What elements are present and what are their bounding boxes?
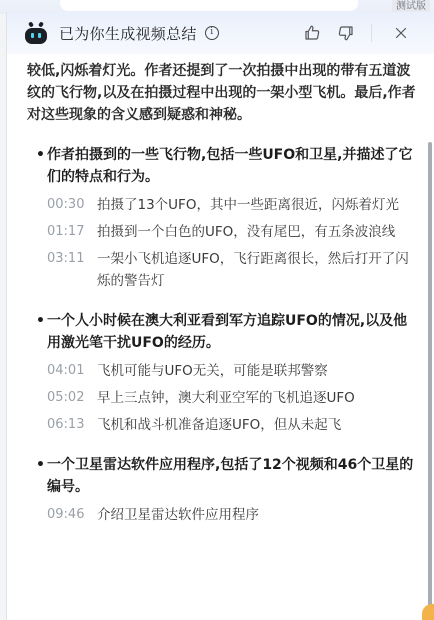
timeline-item: 03:11 一架小飞机追逐UFO，飞行距离很长，然后打开了闪烁的警告灯 [27, 248, 417, 292]
summary-content: 较低,闪烁着灯光。作者还提到了一次拍摄中出现的带有五道波纹的飞行物,以及在拍摄过… [27, 54, 417, 531]
dislike-button[interactable] [335, 22, 357, 44]
bullet-icon: • [27, 144, 47, 188]
timeline-item: 00:30 拍摄了13个UFO，其中一些距离很近，闪烁着灯光 [27, 194, 417, 216]
summary-section: • 一个人小时候在澳大利亚看到军方追踪UFO的情况,以及他用激光笔干扰UFO的经… [27, 310, 417, 436]
section-heading: 一个卫星雷达软件应用程序,包括了12个视频和46个卫星的编号。 [47, 454, 417, 498]
panel-header: 已为你生成视频总结 i [7, 12, 434, 54]
header-divider [371, 24, 372, 42]
timeline-text: 早上三点钟，澳大利亚空军的飞机追逐UFO [97, 387, 417, 409]
timestamp-link[interactable]: 01:17 [27, 221, 97, 243]
timestamp-link[interactable]: 04:01 [27, 360, 97, 382]
timeline-item: 04:01 飞机可能与UFO无关，可能是联邦警察 [27, 360, 417, 382]
close-button[interactable] [390, 22, 412, 44]
section-heading: 作者拍摄到的一些飞行物,包括一些UFO和卫星,并描述了它们的特点和行为。 [47, 144, 417, 188]
timestamp-link[interactable]: 05:02 [27, 387, 97, 409]
scrollbar[interactable] [428, 142, 432, 620]
thumbs-down-icon [337, 24, 355, 42]
robot-avatar-icon [25, 22, 47, 44]
bullet-icon: • [27, 310, 47, 354]
summary-paragraph: 较低,闪烁着灯光。作者还提到了一次拍摄中出现的带有五道波纹的飞行物,以及在拍摄过… [27, 60, 417, 126]
top-input-edge [60, 0, 358, 11]
timeline-text: 飞机可能与UFO无关，可能是联邦警察 [97, 360, 417, 382]
close-icon [392, 24, 410, 42]
timeline-text: 一架小飞机追逐UFO，飞行距离很长，然后打开了闪烁的警告灯 [97, 248, 417, 292]
timeline-item: 06:13 飞机和战斗机准备追逐UFO，但从未起飞 [27, 414, 417, 436]
timeline-text: 拍摄了13个UFO，其中一些距离很近，闪烁着灯光 [97, 194, 417, 216]
timeline-text: 飞机和战斗机准备追逐UFO，但从未起飞 [97, 414, 417, 436]
timeline-text: 拍摄到一个白色的UFO，没有尾巴，有五条波浪线 [97, 221, 417, 243]
timeline-text: 介绍卫星雷达软件应用程序 [97, 504, 417, 526]
timestamp-link[interactable]: 00:30 [27, 194, 97, 216]
bullet-icon: • [27, 454, 47, 498]
like-button[interactable] [301, 22, 323, 44]
timeline-item: 05:02 早上三点钟，澳大利亚空军的飞机追逐UFO [27, 387, 417, 409]
timeline-item: 01:17 拍摄到一个白色的UFO，没有尾巴，有五条波浪线 [27, 221, 417, 243]
header-actions [301, 12, 412, 54]
panel-title: 已为你生成视频总结 [59, 23, 197, 44]
timestamp-link[interactable]: 09:46 [27, 504, 97, 526]
thumbs-up-icon [303, 24, 321, 42]
corner-decoration [422, 604, 434, 620]
timeline-item: 09:46 介绍卫星雷达软件应用程序 [27, 504, 417, 526]
video-summary-panel: 已为你生成视频总结 i 较低,闪烁着灯光。作者还提到了一次拍摄中出现的带有五 [6, 12, 434, 620]
summary-section: • 一个卫星雷达软件应用程序,包括了12个视频和46个卫星的编号。 09:46 … [27, 454, 417, 526]
section-heading: 一个人小时候在澳大利亚看到军方追踪UFO的情况,以及他用激光笔干扰UFO的经历。 [47, 310, 417, 354]
info-icon[interactable]: i [205, 26, 219, 40]
timestamp-link[interactable]: 03:11 [27, 248, 97, 292]
timestamp-link[interactable]: 06:13 [27, 414, 97, 436]
summary-section: • 作者拍摄到的一些飞行物,包括一些UFO和卫星,并描述了它们的特点和行为。 0… [27, 144, 417, 292]
